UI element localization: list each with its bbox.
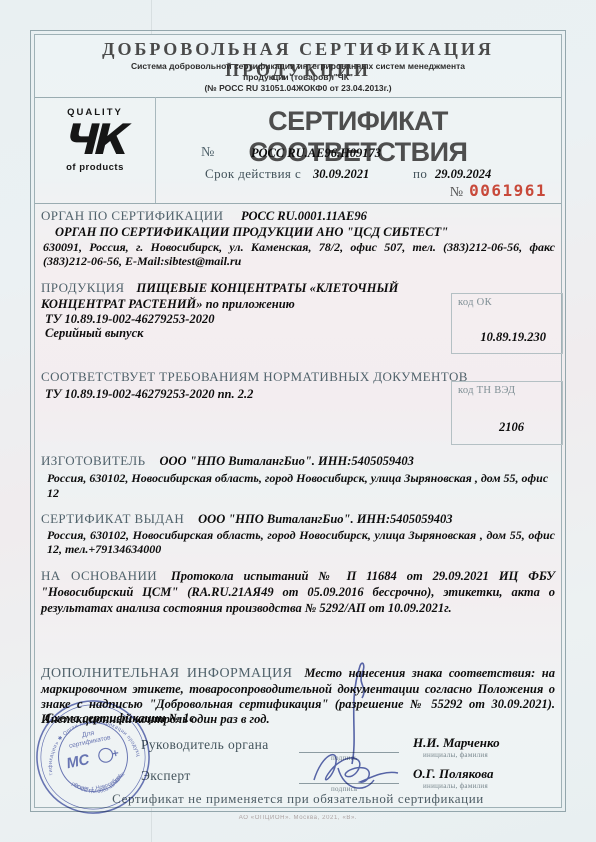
system-subtitle-2: продукции (товаров) "ЧК" bbox=[35, 72, 561, 82]
org-address: 630091, Россия, г. Новосибирск, ул. Каме… bbox=[43, 240, 555, 268]
tnved-code-box: код ТН ВЭД 2106 bbox=[451, 381, 563, 445]
manufacturer-name: ООО "НПО ВиталангБио". ИНН:5405059403 bbox=[160, 454, 414, 468]
org-name: ОРГАН ПО СЕРТИФИКАЦИИ ПРОДУКЦИИ АНО "ЦСД… bbox=[55, 225, 448, 240]
issued-to-section: СЕРТИФИКАТ ВЫДАНООО "НПО ВиталангБио". И… bbox=[41, 511, 553, 527]
head-of-body-label: Руководитель органа bbox=[141, 737, 269, 753]
cert-number-label: № bbox=[201, 145, 215, 161]
manufacturer-section: ИЗГОТОВИТЕЛЬООО "НПО ВиталангБио". ИНН:5… bbox=[41, 453, 553, 469]
product-label: ПРОДУКЦИЯ bbox=[41, 280, 124, 295]
tnved-code-value: 2106 bbox=[499, 420, 524, 435]
issued-to-label: СЕРТИФИКАТ ВЫДАН bbox=[41, 511, 184, 526]
validity-to-label: по bbox=[413, 166, 427, 182]
validity-label: Срок действия с bbox=[205, 166, 301, 182]
chk-mark-icon: ЧК bbox=[34, 118, 156, 162]
logo-cell-divider bbox=[155, 97, 156, 203]
certificate-sheet: ДОБРОВОЛЬНАЯ СЕРТИФИКАЦИЯ ПРОДУКЦИИ Сист… bbox=[0, 0, 596, 842]
validity-from-date: 30.09.2021 bbox=[313, 167, 369, 182]
manufacturer-address: Россия, 630102, Новосибирская область, г… bbox=[47, 471, 557, 501]
product-issue-type: Серийный выпуск bbox=[45, 326, 143, 341]
basis-section: НА ОСНОВАНИИПротокола испытаний № П 1168… bbox=[41, 568, 555, 616]
ok-code-label: код ОК bbox=[458, 297, 492, 308]
expert-signature-ink bbox=[308, 740, 408, 795]
stamp-monogram: МС bbox=[65, 752, 91, 772]
system-registration-line: (№ РОСС RU 31051.04ЖОКФ0 от 23.04.2013г.… bbox=[35, 83, 561, 93]
print-house-note: АО «ОПЦИОН». Москва, 2021, «В». bbox=[0, 815, 596, 821]
issued-to-name: ООО "НПО ВиталангБио". ИНН:5405059403 bbox=[198, 512, 452, 526]
stamp-emblem-icon bbox=[98, 747, 114, 763]
expert-name: О.Г. Полякова bbox=[413, 766, 493, 782]
header-divider bbox=[35, 97, 561, 98]
title-divider bbox=[35, 203, 561, 204]
conformity-text: ТУ 10.89.19-002-46279253-2020 пп. 2.2 bbox=[45, 387, 253, 402]
cert-number: РОСС RU.АЕ96.Н09173 bbox=[251, 146, 381, 161]
product-section: ПРОДУКЦИЯПИЩЕВЫЕ КОНЦЕНТРАТЫ «КЛЕТОЧНЫЙ … bbox=[41, 280, 459, 312]
tnved-code-label: код ТН ВЭД bbox=[458, 385, 515, 396]
issued-to-address: Россия, 630102, Новосибирская область, г… bbox=[47, 528, 555, 556]
stamp-outer-ring bbox=[27, 691, 160, 824]
basis-label: НА ОСНОВАНИИ bbox=[41, 568, 157, 583]
blank-number-sign: № bbox=[450, 185, 463, 200]
head-name-caption: инициалы, фамилия bbox=[423, 751, 488, 759]
expert-name-caption: инициалы, фамилия bbox=[423, 782, 488, 790]
blank-number-group: №0061961 bbox=[450, 181, 547, 201]
org-section-label: ОРГАН ПО СЕРТИФИКАЦИИ bbox=[41, 208, 223, 224]
ok-code-box: код ОК 10.89.19.230 bbox=[451, 293, 563, 354]
ok-code-value: 10.89.19.230 bbox=[480, 330, 546, 345]
manufacturer-label: ИЗГОТОВИТЕЛЬ bbox=[41, 453, 146, 468]
blank-number: 0061961 bbox=[469, 181, 547, 200]
quality-mark-logo: QUALITY ЧК of products bbox=[35, 99, 155, 203]
org-reg-number: РОСС RU.0001.11АЕ96 bbox=[241, 209, 367, 224]
head-name: Н.И. Марченко bbox=[413, 735, 500, 751]
conformity-section-label: СООТВЕТСТВУЕТ ТРЕБОВАНИЯМ НОРМАТИВНЫХ ДО… bbox=[41, 369, 468, 385]
certification-body-stamp: ✱ «Центр сертификации» ✱ Орган по сертиф… bbox=[23, 687, 163, 827]
system-subtitle-1: Система добровольной сертификации интегр… bbox=[35, 61, 561, 71]
validity-to-date: 29.09.2024 bbox=[435, 167, 491, 182]
additional-info-label: ДОПОЛНИТЕЛЬНАЯ ИНФОРМАЦИЯ bbox=[41, 666, 292, 681]
product-tu: ТУ 10.89.19-002-46279253-2020 bbox=[45, 312, 214, 327]
